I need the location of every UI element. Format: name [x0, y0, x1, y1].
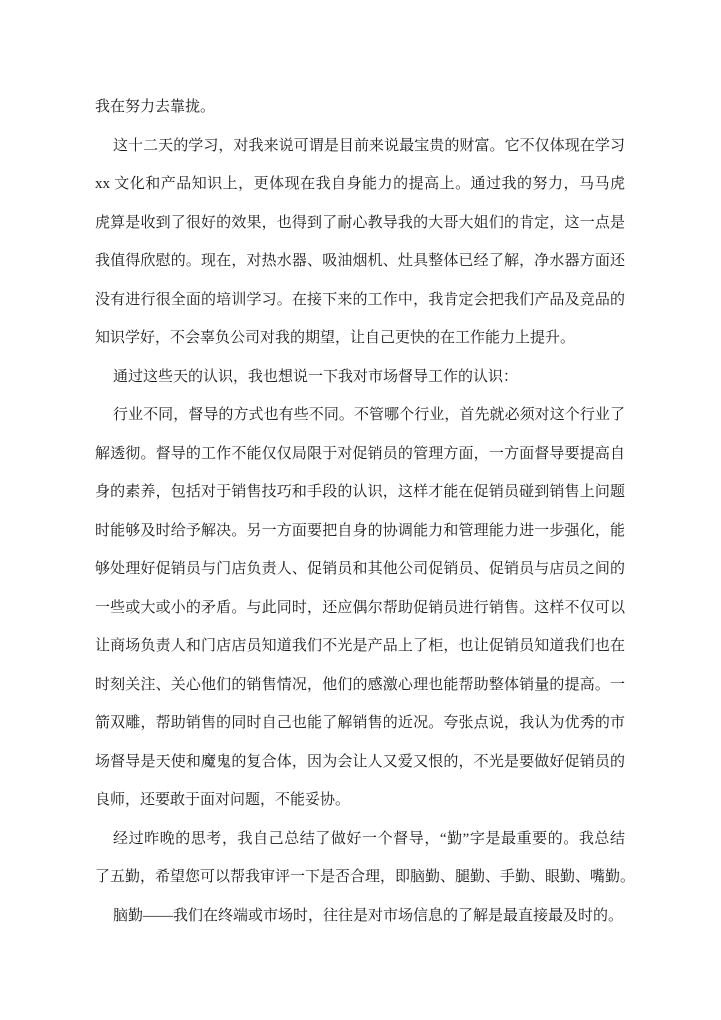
- text-line: 身的素养，包括对于销售技巧和手段的认识，这样才能在促销员碰到销售上问题: [95, 473, 625, 512]
- text-line: xx 文化和产品知识上，更体现在我自身能力的提高上。通过我的努力，马马虎: [95, 165, 625, 204]
- text-line: 良师，还要敢于面对问题，不能妥协。: [95, 781, 625, 820]
- text-line: 一些或大或小的矛盾。与此同时，还应偶尔帮助促销员进行销售。这样不仅可以: [95, 589, 625, 628]
- text-line: 箭双雕，帮助销售的同时自己也能了解销售的近况。夸张点说，我认为优秀的市: [95, 704, 625, 743]
- document-page: 我在努力去靠拢。这十二天的学习，对我来说可谓是目前来说最宝贵的财富。它不仅体现在…: [0, 0, 721, 1020]
- text-line: 通过这些天的认识，我也想说一下我对市场督导工作的认识：: [95, 358, 625, 397]
- text-line: 虎算是收到了很好的效果，也得到了耐心教导我的大哥大姐们的肯定，这一点是: [95, 204, 625, 243]
- text-line: 我在努力去靠拢。: [95, 88, 625, 127]
- text-line: 够处理好促销员与门店负责人、促销员和其他公司促销员、促销员与店员之间的: [95, 550, 625, 589]
- text-line: 让商场负责人和门店店员知道我们不光是产品上了柜，也让促销员知道我们也在: [95, 627, 625, 666]
- text-line: 时能够及时给予解决。另一方面要把自身的协调能力和管理能力进一步强化，能: [95, 512, 625, 551]
- text-line: 脑勤——我们在终端或市场时，往往是对市场信息的了解是最直接最及时的。: [95, 897, 625, 936]
- text-line: 时刻关注、关心他们的销售情况，他们的感激心理也能帮助整体销量的提高。一: [95, 666, 625, 705]
- text-line: 经过昨晚的思考，我自己总结了做好一个督导，“勤”字是最重要的。我总结: [95, 820, 625, 859]
- text-line: 知识学好，不会辜负公司对我的期望，让自己更快的在工作能力上提升。: [95, 319, 625, 358]
- text-line: 解透彻。督导的工作不能仅仅局限于对促销员的管理方面，一方面督导要提高自: [95, 435, 625, 474]
- text-line: 了五勤，希望您可以帮我审评一下是否合理，即脑勤、腿勤、手勤、眼勤、嘴勤。: [95, 858, 625, 897]
- text-line: 行业不同，督导的方式也有些不同。不管哪个行业，首先就必须对这个行业了: [95, 396, 625, 435]
- document-body: 我在努力去靠拢。这十二天的学习，对我来说可谓是目前来说最宝贵的财富。它不仅体现在…: [95, 88, 625, 935]
- text-line: 这十二天的学习，对我来说可谓是目前来说最宝贵的财富。它不仅体现在学习: [95, 127, 625, 166]
- text-line: 没有进行很全面的培训学习。在接下来的工作中，我肯定会把我们产品及竞品的: [95, 281, 625, 320]
- text-line: 场督导是天使和魔鬼的复合体，因为会让人又爱又恨的，不光是要做好促销员的: [95, 743, 625, 782]
- text-line: 我值得欣慰的。现在，对热水器、吸油烟机、灶具整体已经了解，净水器方面还: [95, 242, 625, 281]
